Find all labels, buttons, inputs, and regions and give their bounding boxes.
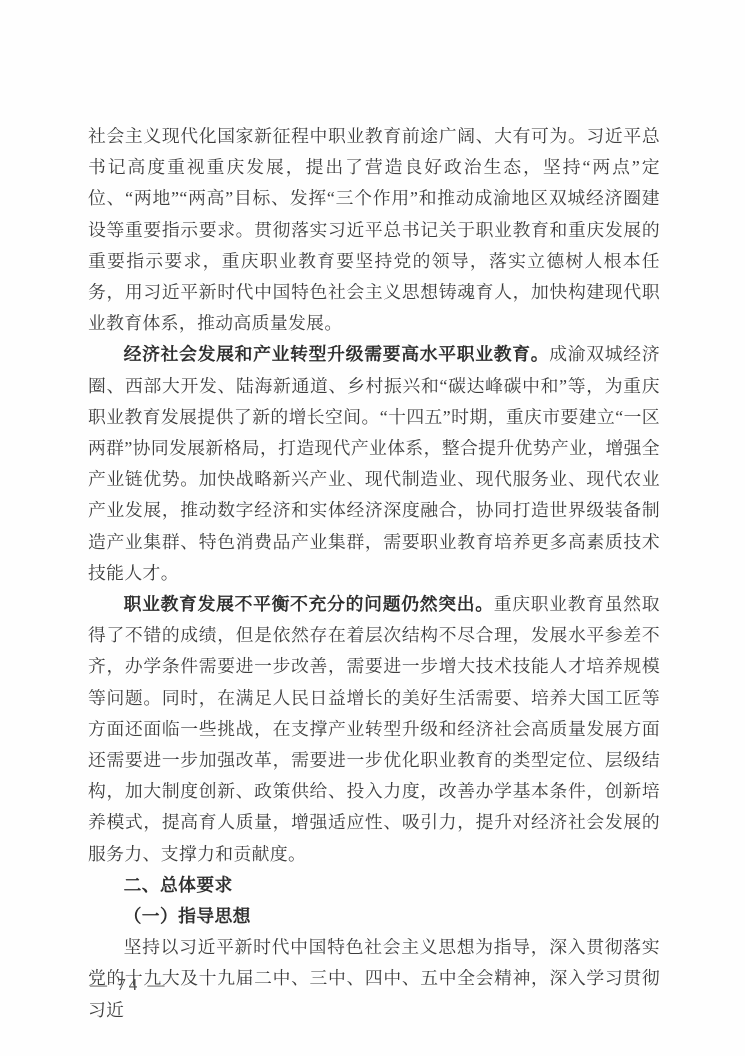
page-number: — 74 — bbox=[90, 975, 168, 995]
paragraph-guiding: 坚持以习近平新时代中国特色社会主义思想为指导，深入贯彻落实党的十九大及十九届二中… bbox=[88, 932, 660, 1026]
paragraph-problems-body: 重庆职业教育虽然取得了不错的成绩，但是依然存在着层次结构不尽合理，发展水平参差不… bbox=[88, 594, 660, 864]
paragraph-problems-lead: 职业教育发展不平衡不充分的问题仍然突出。 bbox=[124, 594, 494, 614]
document-page: 社会主义现代化国家新征程中职业教育前途广阔、大有可为。习近平总书记高度重视重庆发… bbox=[0, 0, 745, 1056]
section-heading: 二、总体要求 bbox=[88, 870, 660, 901]
paragraph-problems: 职业教育发展不平衡不充分的问题仍然突出。重庆职业教育虽然取得了不错的成绩，但是依… bbox=[88, 589, 660, 870]
subsection-heading: （一）指导思想 bbox=[88, 901, 660, 932]
paragraph-economy: 经济社会发展和产业转型升级需要高水平职业教育。成渝双城经济圈、西部大开发、陆海新… bbox=[88, 339, 660, 589]
paragraph-economy-body: 成渝双城经济圈、西部大开发、陆海新通道、乡村振兴和“碳达峰碳中和”等，为重庆职业… bbox=[88, 344, 660, 582]
paragraph-continuation: 社会主义现代化国家新征程中职业教育前途广阔、大有可为。习近平总书记高度重视重庆发… bbox=[88, 121, 660, 339]
text-block: 社会主义现代化国家新征程中职业教育前途广阔、大有可为。习近平总书记高度重视重庆发… bbox=[88, 121, 660, 1026]
paragraph-economy-lead: 经济社会发展和产业转型升级需要高水平职业教育。 bbox=[124, 344, 550, 364]
